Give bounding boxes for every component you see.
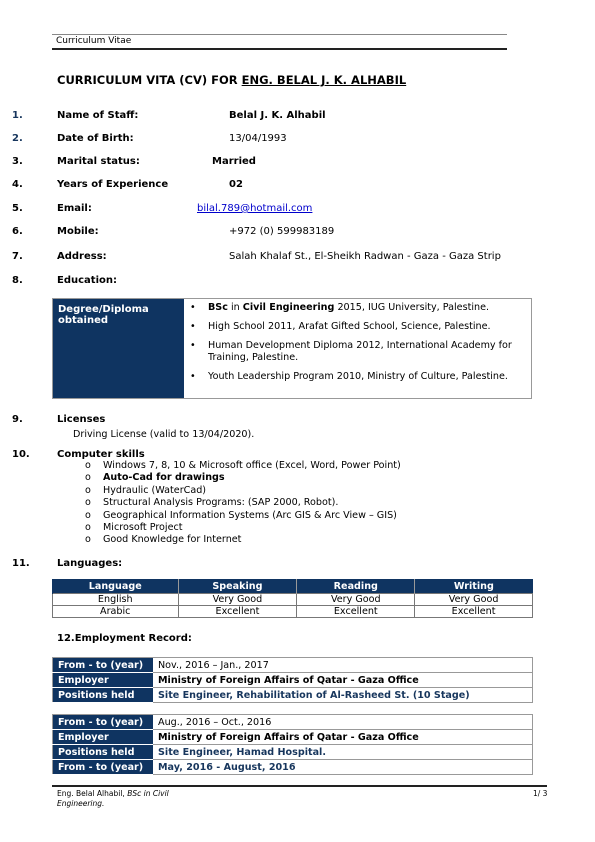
item-number: 3. xyxy=(12,156,23,167)
title-prefix: CURRICULUM VITA (CV) FOR xyxy=(57,73,242,87)
education-label: Education: xyxy=(57,275,117,286)
skill-item: oMicrosoft Project xyxy=(85,522,401,534)
licenses-value: Driving License (valid to 13/04/2020). xyxy=(73,429,254,440)
table-row: Positions heldSite Engineer, Rehabilitat… xyxy=(53,688,533,703)
skill-item: oHydraulic (WaterCad) xyxy=(85,485,401,497)
licenses-label: Licenses xyxy=(57,414,105,425)
item-number: 2. xyxy=(12,133,23,144)
employment-label: 12.Employment Record: xyxy=(57,633,192,644)
item-number: 10. xyxy=(12,449,30,460)
table-cell: Very Good xyxy=(297,594,415,606)
running-header: Curriculum Vitae xyxy=(56,36,131,47)
column-header: Speaking xyxy=(178,579,297,594)
education-table: Degree/Diploma obtained BSc in Civil Eng… xyxy=(52,298,532,399)
education-entry: BSc in Civil Engineering 2015, IUG Unive… xyxy=(190,302,527,314)
column-header: Reading xyxy=(297,579,415,594)
title-name: ENG. BELAL J. K. ALHABIL xyxy=(242,73,407,87)
item-number: 7. xyxy=(12,251,23,262)
table-cell: Excellent xyxy=(178,606,297,618)
name-value: Belal J. K. Alhabil xyxy=(229,110,326,121)
marital-label: Marital status: xyxy=(57,156,140,167)
address-label: Address: xyxy=(57,251,107,262)
page-number: 1/ 3 xyxy=(533,789,547,798)
record-value: Site Engineer, Hamad Hospital. xyxy=(153,745,533,760)
employment-record: From - to (year)Aug., 2016 – Oct., 2016 … xyxy=(52,714,533,775)
item-number: 9. xyxy=(12,414,23,425)
languages-table: Language Speaking Reading Writing Englis… xyxy=(52,579,533,618)
record-value: Nov., 2016 – Jan., 2017 xyxy=(153,658,533,673)
languages-label: Languages: xyxy=(57,558,122,569)
email-label: Email: xyxy=(57,203,92,214)
item-number: 11. xyxy=(12,558,30,569)
education-entry: High School 2011, Arafat Gifted School, … xyxy=(190,321,527,333)
table-cell: Very Good xyxy=(178,594,297,606)
name-label: Name of Staff: xyxy=(57,110,138,121)
table-row: From - to (year)Aug., 2016 – Oct., 2016 xyxy=(53,715,533,730)
record-key: Positions held xyxy=(53,688,154,703)
record-value: Ministry of Foreign Affairs of Qatar - G… xyxy=(153,730,533,745)
item-number: 4. xyxy=(12,179,23,190)
dob-value: 13/04/1993 xyxy=(229,133,287,144)
education-entry: Human Development Diploma 2012, Internat… xyxy=(190,340,527,364)
table-row: English Very Good Very Good Very Good xyxy=(53,594,533,606)
email-link[interactable]: bilal.789@hotmail.com xyxy=(197,203,312,214)
marital-value: Married xyxy=(212,156,256,167)
education-entry: Youth Leadership Program 2010, Ministry … xyxy=(190,371,527,383)
table-row: EmployerMinistry of Foreign Affairs of Q… xyxy=(53,730,533,745)
employment-record: From - to (year)Nov., 2016 – Jan., 2017 … xyxy=(52,657,533,703)
record-value: Aug., 2016 – Oct., 2016 xyxy=(153,715,533,730)
skill-item: oWindows 7, 8, 10 & Microsoft office (Ex… xyxy=(85,460,401,472)
column-header: Writing xyxy=(415,579,533,594)
item-number: 1. xyxy=(12,110,23,121)
item-number: 5. xyxy=(12,203,23,214)
skill-item: oGeographical Information Systems (Arc G… xyxy=(85,510,401,522)
computer-skills-label: Computer skills xyxy=(57,449,145,460)
record-key: From - to (year) xyxy=(53,760,154,775)
column-header: Language xyxy=(53,579,179,594)
experience-value: 02 xyxy=(229,179,243,190)
table-cell: Arabic xyxy=(53,606,179,618)
table-row: Positions heldSite Engineer, Hamad Hospi… xyxy=(53,745,533,760)
table-cell: Very Good xyxy=(415,594,533,606)
skill-item: oGood Knowledge for Internet xyxy=(85,534,401,546)
skill-item: oAuto-Cad for drawings xyxy=(85,472,401,484)
record-key: Positions held xyxy=(53,745,154,760)
table-cell: English xyxy=(53,594,179,606)
footer-rule xyxy=(52,785,547,787)
record-key: From - to (year) xyxy=(53,715,154,730)
record-key: Employer xyxy=(53,673,154,688)
header-top-rule xyxy=(52,34,507,35)
table-row: From - to (year)May, 2016 - August, 2016 xyxy=(53,760,533,775)
education-header: Degree/Diploma obtained xyxy=(53,299,184,398)
mobile-value: +972 (0) 599983189 xyxy=(229,226,334,237)
table-row: From - to (year)Nov., 2016 – Jan., 2017 xyxy=(53,658,533,673)
record-value: Site Engineer, Rehabilitation of Al-Rash… xyxy=(153,688,533,703)
page-title: CURRICULUM VITA (CV) FOR ENG. BELAL J. K… xyxy=(57,73,406,87)
record-value: Ministry of Foreign Affairs of Qatar - G… xyxy=(153,673,533,688)
computer-skills-list: oWindows 7, 8, 10 & Microsoft office (Ex… xyxy=(85,460,401,547)
table-row: Arabic Excellent Excellent Excellent xyxy=(53,606,533,618)
languages-header-row: Language Speaking Reading Writing xyxy=(53,579,533,594)
table-row: EmployerMinistry of Foreign Affairs of Q… xyxy=(53,673,533,688)
dob-label: Date of Birth: xyxy=(57,133,134,144)
skill-item: oStructural Analysis Programs: (SAP 2000… xyxy=(85,497,401,509)
education-list: BSc in Civil Engineering 2015, IUG Unive… xyxy=(184,299,531,398)
item-number: 8. xyxy=(12,275,23,286)
table-cell: Excellent xyxy=(297,606,415,618)
header-bottom-rule xyxy=(52,48,507,50)
item-number: 6. xyxy=(12,226,23,237)
experience-label: Years of Experience xyxy=(57,179,168,190)
mobile-label: Mobile: xyxy=(57,226,99,237)
record-value: May, 2016 - August, 2016 xyxy=(153,760,533,775)
record-key: From - to (year) xyxy=(53,658,154,673)
record-key: Employer xyxy=(53,730,154,745)
footer-text: Eng. Belal Alhabil, BSc in Civil Enginee… xyxy=(57,789,169,809)
table-cell: Excellent xyxy=(415,606,533,618)
address-value: Salah Khalaf St., El-Sheikh Radwan - Gaz… xyxy=(229,251,501,262)
